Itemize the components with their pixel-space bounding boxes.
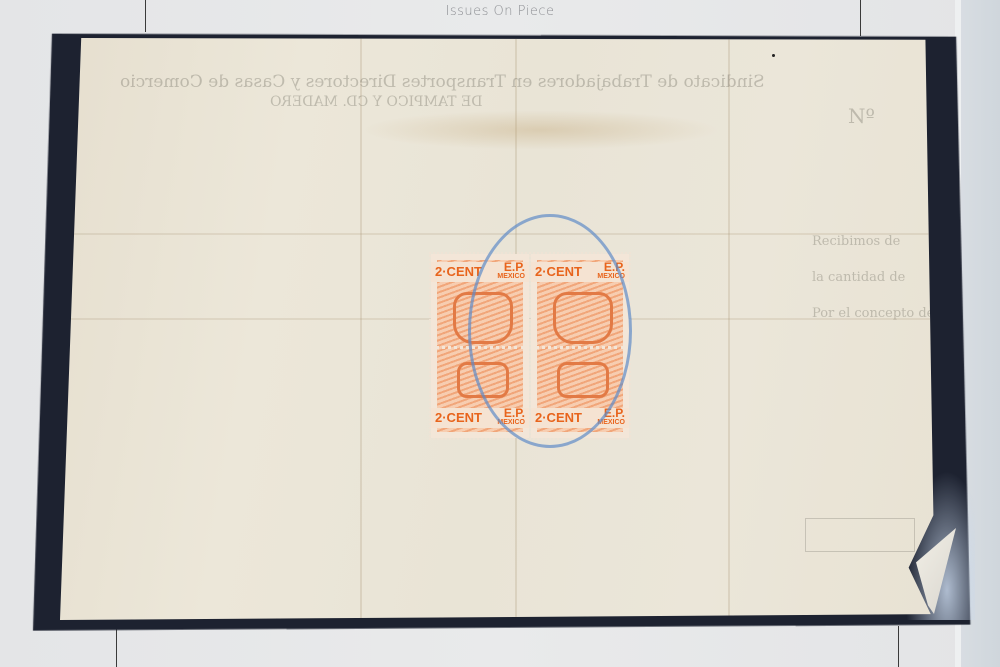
paper-stain — [360, 110, 720, 150]
page-title: Issues On Piece — [0, 4, 1000, 19]
stamp-denomination: 2·CENT — [435, 410, 482, 425]
frame-line-bottom-left — [116, 628, 117, 667]
document-header-line-1: Sindicato de Trabajadores en Transportes… — [120, 72, 765, 92]
side-text-3: Por el concepto de — [812, 306, 934, 321]
stamp-denomination: 2·CENT — [435, 264, 482, 279]
album-page: Issues On Piece Sindicato de Trabajadore… — [0, 0, 1000, 667]
side-text-1: Recibimos de — [812, 234, 900, 249]
frame-line-bottom-right — [898, 626, 899, 667]
receipt-number-label: Nº — [848, 104, 875, 128]
faint-stamp-box — [805, 518, 915, 552]
side-text-2: la cantidad de — [812, 270, 905, 285]
oval-cancel-handstamp — [468, 214, 632, 448]
document-header-line-2: DE TAMPICO Y CD. MADERO — [270, 94, 482, 110]
fold-line — [728, 38, 730, 620]
ink-dot — [772, 54, 775, 57]
